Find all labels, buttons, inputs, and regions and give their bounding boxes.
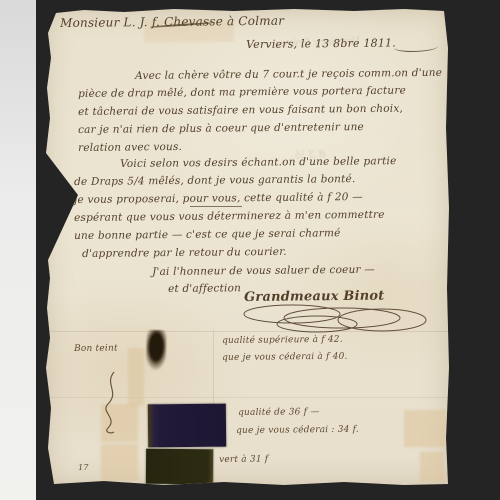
letter-paper: Verviers Frères 8 3 ½ Monsieur L. J. f. … <box>44 8 450 487</box>
body-line: pièce de drap mêlé, dont ma première vou… <box>78 85 406 100</box>
corner-mark: 17 <box>78 463 89 472</box>
body-line: Voici selon vos desirs échant.on d'une b… <box>120 155 397 170</box>
closing-line: J'ai l'honneur de vous saluer de coeur — <box>152 264 375 278</box>
bon-teint-note: Bon teint <box>74 344 118 354</box>
navy-cloth-sample <box>148 404 226 448</box>
body-line: car je n'ai rien de plus à coeur que d'e… <box>78 121 364 136</box>
underline-pour-vous <box>190 206 242 207</box>
body-line: espérant que vous vous déterminerez à m'… <box>74 209 385 224</box>
body-line: Avec la chère vôtre du 7 cour.t je reçoi… <box>135 67 442 82</box>
stain-square-right-2 <box>420 452 444 482</box>
body-line: de Draps 5/4 mêlés, dont je vous garanti… <box>74 173 356 188</box>
dateline-flourish <box>394 42 438 52</box>
green-price-note: vert à 31 f <box>219 454 268 465</box>
dateline: Verviers, le 13 8bre 1811. <box>246 36 396 51</box>
signature-flourish <box>222 300 432 336</box>
olive-cloth-sample <box>146 449 213 484</box>
stain-band-left <box>128 348 144 406</box>
letter-photograph: Verviers Frères 8 3 ½ Monsieur L. J. f. … <box>0 0 500 500</box>
body-line: je vous proposerai, pour vous, cette qua… <box>74 191 363 206</box>
body-line: une bonne partie — c'est ce que je serai… <box>74 227 341 242</box>
stain-square-left-2 <box>101 444 138 481</box>
body-line: et tâcherai de vous satisfaire en vous f… <box>78 103 403 118</box>
price-note: qualité de 36 f — <box>238 407 319 418</box>
removed-sample-smudge <box>145 330 167 379</box>
photo-left-margin <box>0 0 36 500</box>
price-note: qualité supérieure à f 42. <box>222 335 343 346</box>
closing-line: et d'affection <box>168 282 241 295</box>
address-line: Monsieur L. J. f. Chevasse à Colmar <box>60 14 284 30</box>
price-note: que je vous céderai à f 40. <box>222 352 348 363</box>
pen-squiggle <box>100 370 124 438</box>
body-line: relation avec vous. <box>78 141 182 154</box>
stain-square-right-1 <box>404 410 446 447</box>
price-note: que je vous céderai : 34 f. <box>236 425 359 436</box>
body-line: d'apprendre par le retour du courier. <box>82 246 287 260</box>
